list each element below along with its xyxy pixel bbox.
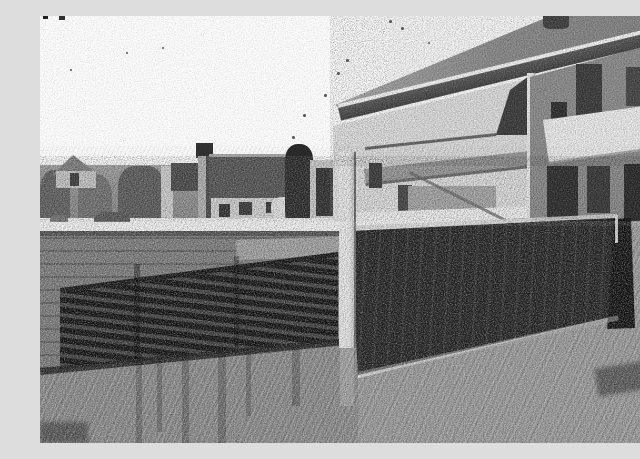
drip-stain <box>292 346 300 406</box>
sky-speck <box>337 72 340 75</box>
distant-house-window <box>219 204 230 217</box>
drip-stain <box>157 352 162 432</box>
upper-window <box>626 67 640 106</box>
sky-speck <box>126 52 128 54</box>
wall-coping-shadow <box>40 231 353 236</box>
sky-speck <box>428 42 430 44</box>
sky-speck <box>292 136 295 139</box>
street-photo <box>40 16 640 443</box>
distant-house-window <box>239 202 252 215</box>
post-highlight <box>615 215 618 243</box>
sky-speck <box>401 27 404 30</box>
drip-stain <box>182 350 189 443</box>
ground-smudge <box>40 422 88 443</box>
drip-stain <box>246 346 251 416</box>
lower-opening <box>624 164 640 221</box>
distant-house-roof <box>209 157 297 201</box>
dark-window <box>369 163 382 188</box>
sky-speck <box>70 69 72 71</box>
sky-speck <box>162 47 164 49</box>
roof-chimney <box>543 16 569 29</box>
sky-speck <box>389 20 392 23</box>
scan-artifact <box>59 16 65 20</box>
panel-seam <box>134 264 140 360</box>
wall-top-highlight <box>40 222 353 231</box>
panel-seam <box>234 256 239 348</box>
drip-stain <box>218 347 226 443</box>
small-house-door <box>70 173 79 186</box>
scan-artifact <box>43 16 48 19</box>
distant-roof <box>171 163 198 191</box>
sky-speck <box>324 94 327 97</box>
sky-speck <box>303 114 306 117</box>
gate-pillar <box>339 152 356 348</box>
cypress-tree <box>285 144 313 226</box>
lower-window <box>547 166 578 219</box>
sky-speck <box>346 59 349 62</box>
lower-window <box>587 166 610 213</box>
upper-window <box>576 64 602 117</box>
pillar-reflection <box>340 348 354 406</box>
drip-stain <box>136 354 142 443</box>
